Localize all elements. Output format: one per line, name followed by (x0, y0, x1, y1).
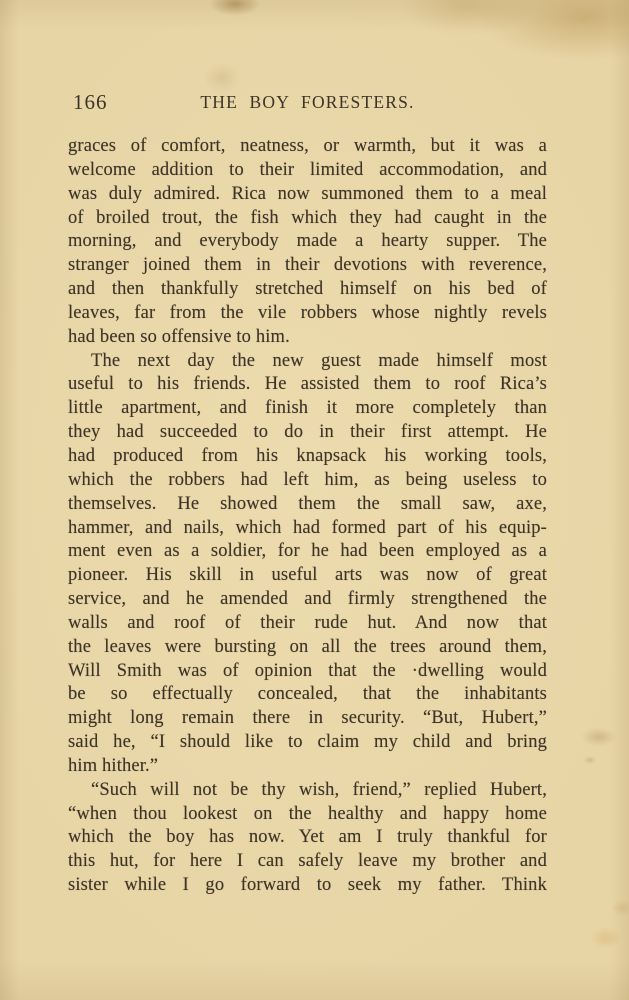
text-line: him hither.” (68, 755, 547, 779)
text-line: said he, “I should like to claim my chil… (68, 731, 547, 755)
text-line: little apartment, and finish it more com… (68, 397, 547, 421)
text-line: might long remain there in security. “Bu… (68, 707, 547, 731)
text-line: ment even as a soldier, for he had been … (68, 540, 547, 564)
text-line: had been so offensive to him. (68, 326, 547, 350)
text-line: service, and he amended and firmly stren… (68, 588, 547, 612)
running-head: 166 THE BOY FORESTERS. (68, 90, 547, 116)
text-line: they had succeeded to do in their first … (68, 421, 547, 445)
text-line: which the robbers had left him, as being… (68, 469, 547, 493)
text-line: walls and roof of their rude hut. And no… (68, 612, 547, 636)
running-title: THE BOY FORESTERS. (68, 92, 547, 113)
text-line: and then thankfully stretched himself on… (68, 278, 547, 302)
text-line: had produced from his knapsack his worki… (68, 445, 547, 469)
book-page-scan: 166 THE BOY FORESTERS. graces of comfort… (0, 0, 629, 1000)
text-line: useful to his friends. He assisted them … (68, 373, 547, 397)
body-text: graces of comfort, neatness, or warmth, … (68, 135, 547, 898)
text-line: leaves, far from the vile robbers whose … (68, 302, 547, 326)
paragraph: “Such will not be thy wish, friend,” rep… (68, 779, 547, 898)
text-line: welcome addition to their limited accomm… (68, 159, 547, 183)
text-line: themselves. He showed them the small saw… (68, 493, 547, 517)
text-line: hammer, and nails, which had formed part… (68, 517, 547, 541)
text-line: was duly admired. Rica now summoned them… (68, 183, 547, 207)
text-line: sister while I go forward to seek my fat… (68, 874, 547, 898)
text-line: graces of comfort, neatness, or warmth, … (68, 135, 547, 159)
paragraph: The next day the new guest made himself … (68, 350, 547, 779)
text-line: morning, and everybody made a hearty sup… (68, 230, 547, 254)
text-line: “Such will not be thy wish, friend,” rep… (68, 779, 547, 803)
text-line: the leaves were bursting on all the tree… (68, 636, 547, 660)
text-line: be so effectually concealed, that the in… (68, 683, 547, 707)
text-line: stranger joined them in their devotions … (68, 254, 547, 278)
text-line: which the boy has now. Yet am I truly th… (68, 826, 547, 850)
text-line: The next day the new guest made himself … (68, 350, 547, 374)
text-line: Will Smith was of opinion that the ·dwel… (68, 660, 547, 684)
text-line: “when thou lookest on the healthy and ha… (68, 803, 547, 827)
text-line: pioneer. His skill in useful arts was no… (68, 564, 547, 588)
text-line: of broiled trout, the fish which they ha… (68, 207, 547, 231)
paragraph: graces of comfort, neatness, or warmth, … (68, 135, 547, 350)
text-line: this hut, for here I can safely leave my… (68, 850, 547, 874)
